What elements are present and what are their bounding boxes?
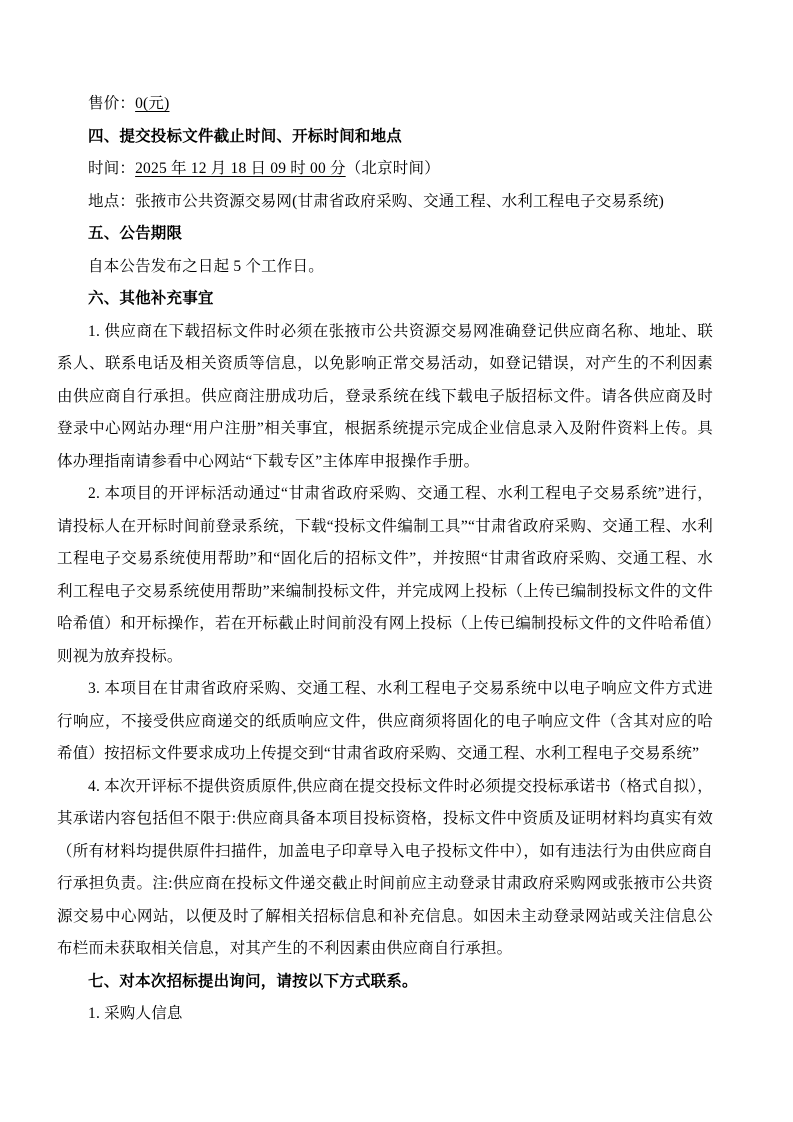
- section-6-paragraph-3: 3. 本项目在甘肃省政府采购、交通工程、水利工程电子交易系统中以电子响应文件方式…: [57, 673, 713, 771]
- section-7-heading: 七、对本次招标提出询问，请按以下方式联系。: [57, 966, 713, 999]
- price-value: 0(元): [135, 95, 169, 112]
- section-7-body: 1. 采购人信息: [57, 998, 713, 1031]
- deadline-time-line: 时间：2025 年 12 月 18 日 09 时 00 分（北京时间）: [57, 153, 713, 186]
- time-note: （北京时间）: [346, 160, 440, 177]
- section-6-paragraph-1: 1. 供应商在下载招标文件时必须在张掖市公共资源交易网准确登记供应商名称、地址、…: [57, 316, 713, 479]
- tender-announcement-page: 售价：0(元) 四、提交投标文件截止时间、开标时间和地点 时间：2025 年 1…: [0, 0, 793, 1122]
- price-label: 售价：: [88, 95, 135, 112]
- section-5-heading: 五、公告期限: [57, 218, 713, 251]
- time-value: 2025 年 12 月 18 日 09 时 00 分: [135, 160, 346, 177]
- section-6-paragraph-2: 2. 本项目的开评标活动通过“甘肃省政府采购、交通工程、水利工程电子交易系统”进…: [57, 478, 713, 673]
- section-6-heading: 六、其他补充事宜: [57, 283, 713, 316]
- section-4-heading: 四、提交投标文件截止时间、开标时间和地点: [57, 121, 713, 154]
- section-5-body: 自本公告发布之日起 5 个工作日。: [57, 251, 713, 284]
- place-label: 地点：: [88, 193, 135, 210]
- section-6-paragraph-4: 4. 本次开评标不提供资质原件,供应商在提交投标文件时必须提交投标承诺书（格式自…: [57, 771, 713, 966]
- place-value: 张掖市公共资源交易网(甘肃省政府采购、交通工程、水利工程电子交易系统): [135, 193, 664, 210]
- time-label: 时间：: [88, 160, 135, 177]
- price-line: 售价：0(元): [57, 88, 713, 121]
- location-line: 地点：张掖市公共资源交易网(甘肃省政府采购、交通工程、水利工程电子交易系统): [57, 186, 713, 219]
